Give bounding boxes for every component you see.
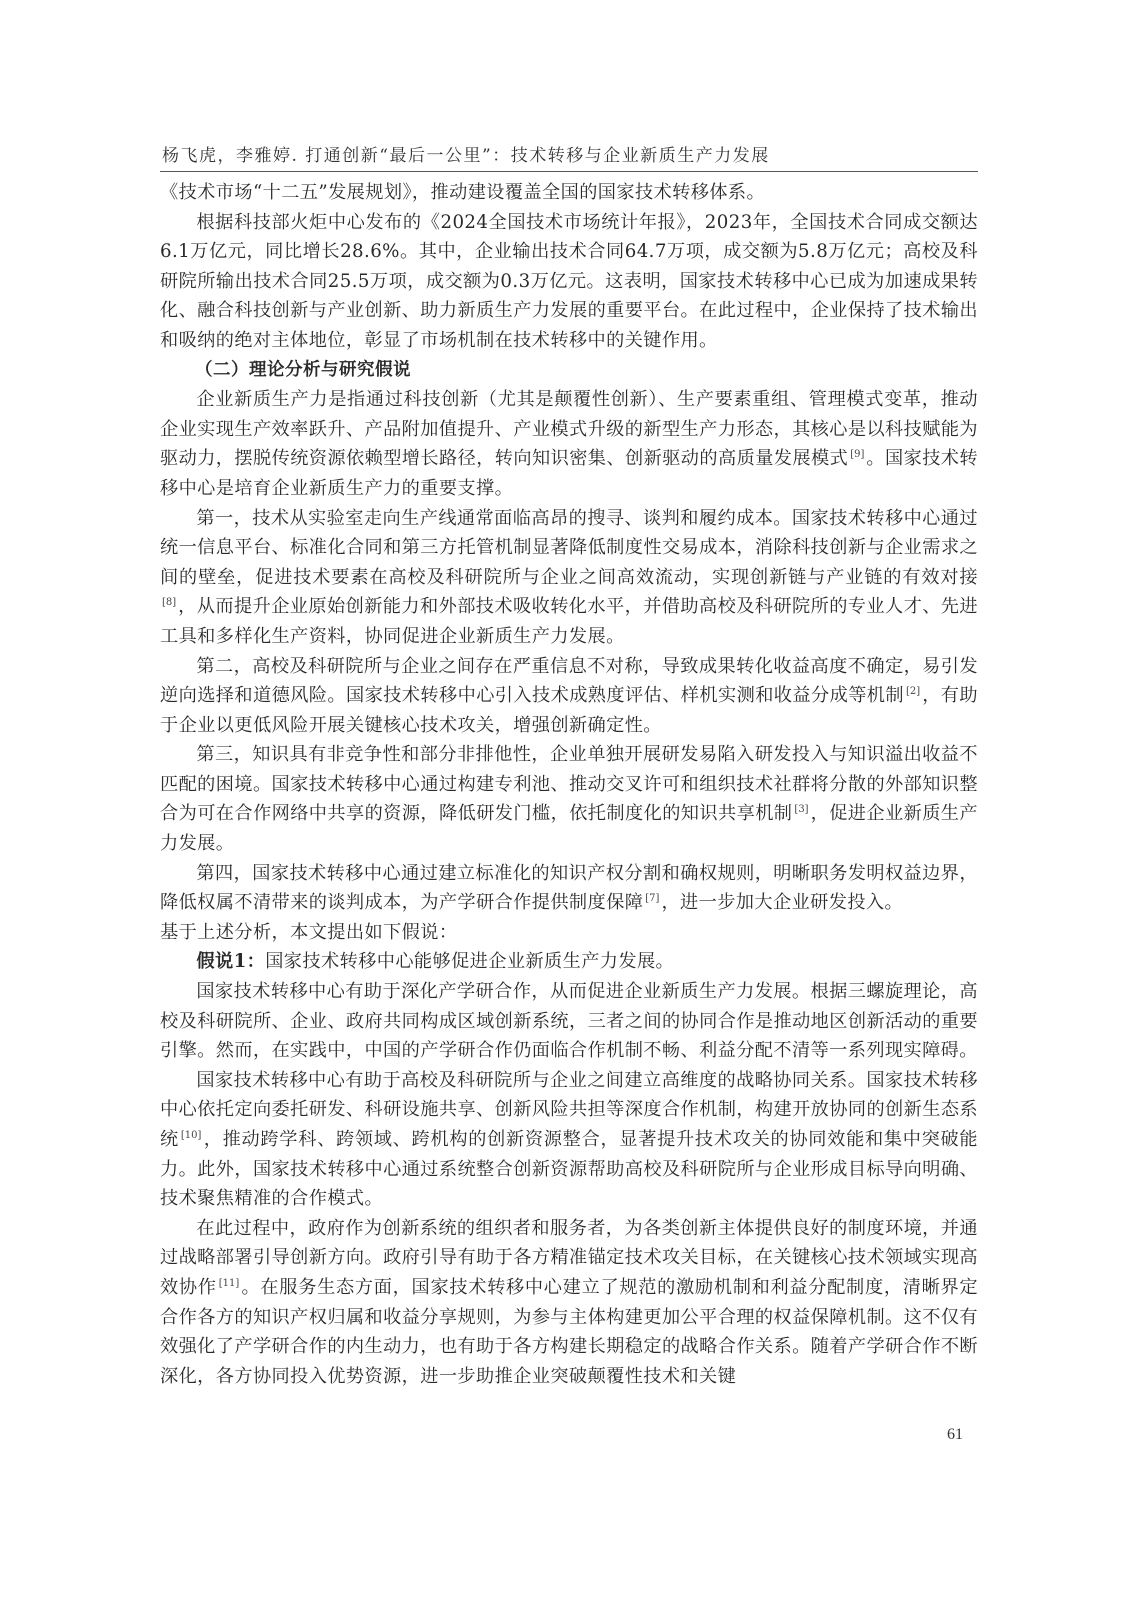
journal-page: 杨飞虎，李雅婷. 打通创新“最后一公里”：技术转移与企业新质生产力发展 《技术市… — [160, 143, 978, 1391]
hypothesis-text: 国家技术转移中心能够促进企业新质生产力发展。 — [265, 951, 674, 972]
hypothesis-1: 假说1：国家技术转移中心能够促进企业新质生产力发展。 — [160, 947, 978, 977]
citation-2[interactable]: [2] — [904, 686, 922, 697]
citation-10[interactable]: [10] — [179, 1130, 204, 1141]
paragraph-third: 第三，知识具有非竞争性和部分非排他性，企业单独开展研发易陷入研发投入与知识溢出收… — [160, 740, 978, 858]
citation-9[interactable]: [9] — [848, 449, 866, 460]
paragraph-triple-helix: 国家技术转移中心有助于深化产学研合作，从而促进企业新质生产力发展。根据三螺旋理论… — [160, 977, 978, 1066]
paragraph-hypothesis-intro: 基于上述分析，本文提出如下假说： — [160, 918, 978, 948]
citation-8[interactable]: [8] — [160, 597, 178, 608]
paragraph-fourth: 第四，国家技术转移中心通过建立标准化的知识产权分割和确权规则，明晰职务发明权益边… — [160, 859, 978, 918]
article-body: 《技术市场“十二五”发展规划》，推动建设覆盖全国的国家技术转移体系。 根据科技部… — [160, 178, 978, 1391]
paragraph-second: 第二，高校及科研院所与企业之间存在严重信息不对称，导致成果转化收益高度不确定，易… — [160, 652, 978, 741]
text: 第一，技术从实验室走向生产线通常面临高昂的搜寻、谈判和履约成本。国家技术转移中心… — [160, 508, 978, 588]
text: ，进一步加大企业研发投入。 — [661, 892, 903, 913]
section-heading: （二）理论分析与研究假说 — [160, 356, 978, 386]
text: ，推动跨学科、跨领域、跨机构的创新资源整合，显著提升技术攻关的协同效能和集中突破… — [160, 1129, 978, 1209]
text: 。在服务生态方面，国家技术转移中心建立了规范的激励机制和利益分配制度，清晰界定合… — [160, 1277, 978, 1387]
paragraph-strategic-synergy: 国家技术转移中心有助于高校及科研院所与企业之间建立高维度的战略协同关系。国家技术… — [160, 1066, 978, 1214]
header-rule — [160, 171, 978, 172]
hypothesis-label: 假说1： — [196, 951, 265, 972]
page-number: 61 — [947, 1426, 963, 1444]
running-header: 杨飞虎，李雅婷. 打通创新“最后一公里”：技术转移与企业新质生产力发展 — [160, 143, 978, 169]
paragraph-government-role: 在此过程中，政府作为创新系统的组织者和服务者，为各类创新主体提供良好的制度环境，… — [160, 1214, 978, 1392]
paragraph-definition: 企业新质生产力是指通过科技创新（尤其是颠覆性创新）、生产要素重组、管理模式变革，… — [160, 385, 978, 503]
citation-11[interactable]: [11] — [217, 1278, 242, 1289]
text: 第二，高校及科研院所与企业之间存在严重信息不对称，导致成果转化收益高度不确定，易… — [160, 656, 978, 707]
text: ，从而提升企业原始创新能力和外部技术吸收转化水平，并借助高校及科研院所的专业人才… — [160, 596, 978, 647]
citation-7[interactable]: [7] — [643, 893, 661, 904]
paragraph-continuation: 《技术市场“十二五”发展规划》，推动建设覆盖全国的国家技术转移体系。 — [160, 178, 978, 208]
paragraph-first: 第一，技术从实验室走向生产线通常面临高昂的搜寻、谈判和履约成本。国家技术转移中心… — [160, 504, 978, 652]
citation-3[interactable]: [3] — [792, 804, 810, 815]
paragraph-market-statistics: 根据科技部火炬中心发布的《2024全国技术市场统计年报》，2023年，全国技术合… — [160, 208, 978, 356]
